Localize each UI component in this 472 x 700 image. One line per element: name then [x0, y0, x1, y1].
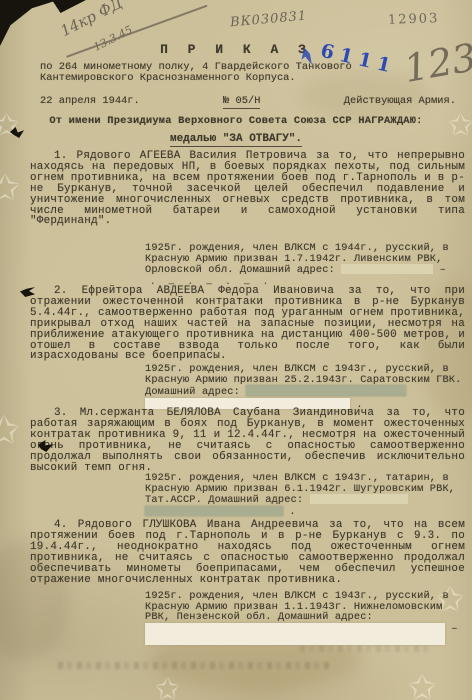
redaction-block: [145, 506, 283, 516]
entry-4-info-text: 1925г. рождения, член ВЛКСМ с 1943г., ру…: [145, 590, 449, 623]
entry-1-info: 1925г. рождения, член ВЛКСМ с 1944г., ру…: [145, 243, 465, 276]
entry-3-info: 1925г. рождения, член ВЛКСМ с 1943г., та…: [145, 473, 465, 518]
dot-mark: .: [289, 506, 295, 518]
redaction-block: [310, 494, 408, 504]
entry-4-info: 1925г. рождения, член ВЛКСМ с 1943г., ру…: [145, 591, 465, 645]
order-preamble: От имени Президиума Верховного Совета Со…: [0, 115, 472, 127]
star-watermark-icon: ✩: [0, 408, 20, 452]
entry-2-citation: 2. Ефрейтора АВДЕЕВА Федора Ивановича за…: [30, 286, 465, 362]
entry-4-citation: 4. Рядового ГЛУШКОВА Ивана Андреевича за…: [30, 520, 465, 585]
order-location: Действующая Армия.: [344, 95, 456, 109]
redaction-block: [341, 264, 433, 274]
entry-3-info-text: 1925г. рождения, член ВЛКСМ с 1943г., та…: [145, 472, 455, 506]
order-meta-row: 22 апреля 1944г. № 05/Н Действующая Арми…: [40, 95, 456, 109]
star-watermark-icon: ✩: [0, 168, 20, 209]
entry-3-citation: 3. Мл.сержанта БЕЛЯЛОВА Саубана Зиандино…: [30, 408, 465, 473]
pencil-page-number: 123: [401, 38, 472, 88]
order-date: 22 апреля 1944г.: [40, 95, 140, 109]
bleedthrough-text: [58, 662, 333, 669]
redaction-block: [145, 623, 445, 645]
award-medal-text: медалью "ЗА ОТВАГУ".: [170, 133, 302, 147]
scanned-order-document: ✩ ✩ ✩ ✩ ✩ ✩ ✩ 14кр ФД 13.3.45 ВК030831 1…: [0, 0, 472, 700]
redaction-block: [246, 385, 406, 396]
bleedthrough-text: [300, 645, 430, 652]
stamp-number: 12903: [388, 11, 440, 28]
entry-2-info: 1925г. рождения, член ВЛКСМ с 1943г., ру…: [145, 364, 465, 411]
star-watermark-icon: ✩: [408, 668, 437, 700]
entry-1-citation: 1. Рядового АГЕЕВА Василия Петровича за …: [30, 151, 465, 227]
order-number: № 05/Н: [223, 95, 260, 109]
pencil-code-note: ВК030831: [229, 9, 307, 31]
dash-mark: –: [451, 623, 457, 635]
award-line: медалью "ЗА ОТВАГУ".: [0, 133, 472, 145]
dash-mark: –: [440, 264, 446, 276]
scan-corner-blot: [0, 0, 58, 46]
